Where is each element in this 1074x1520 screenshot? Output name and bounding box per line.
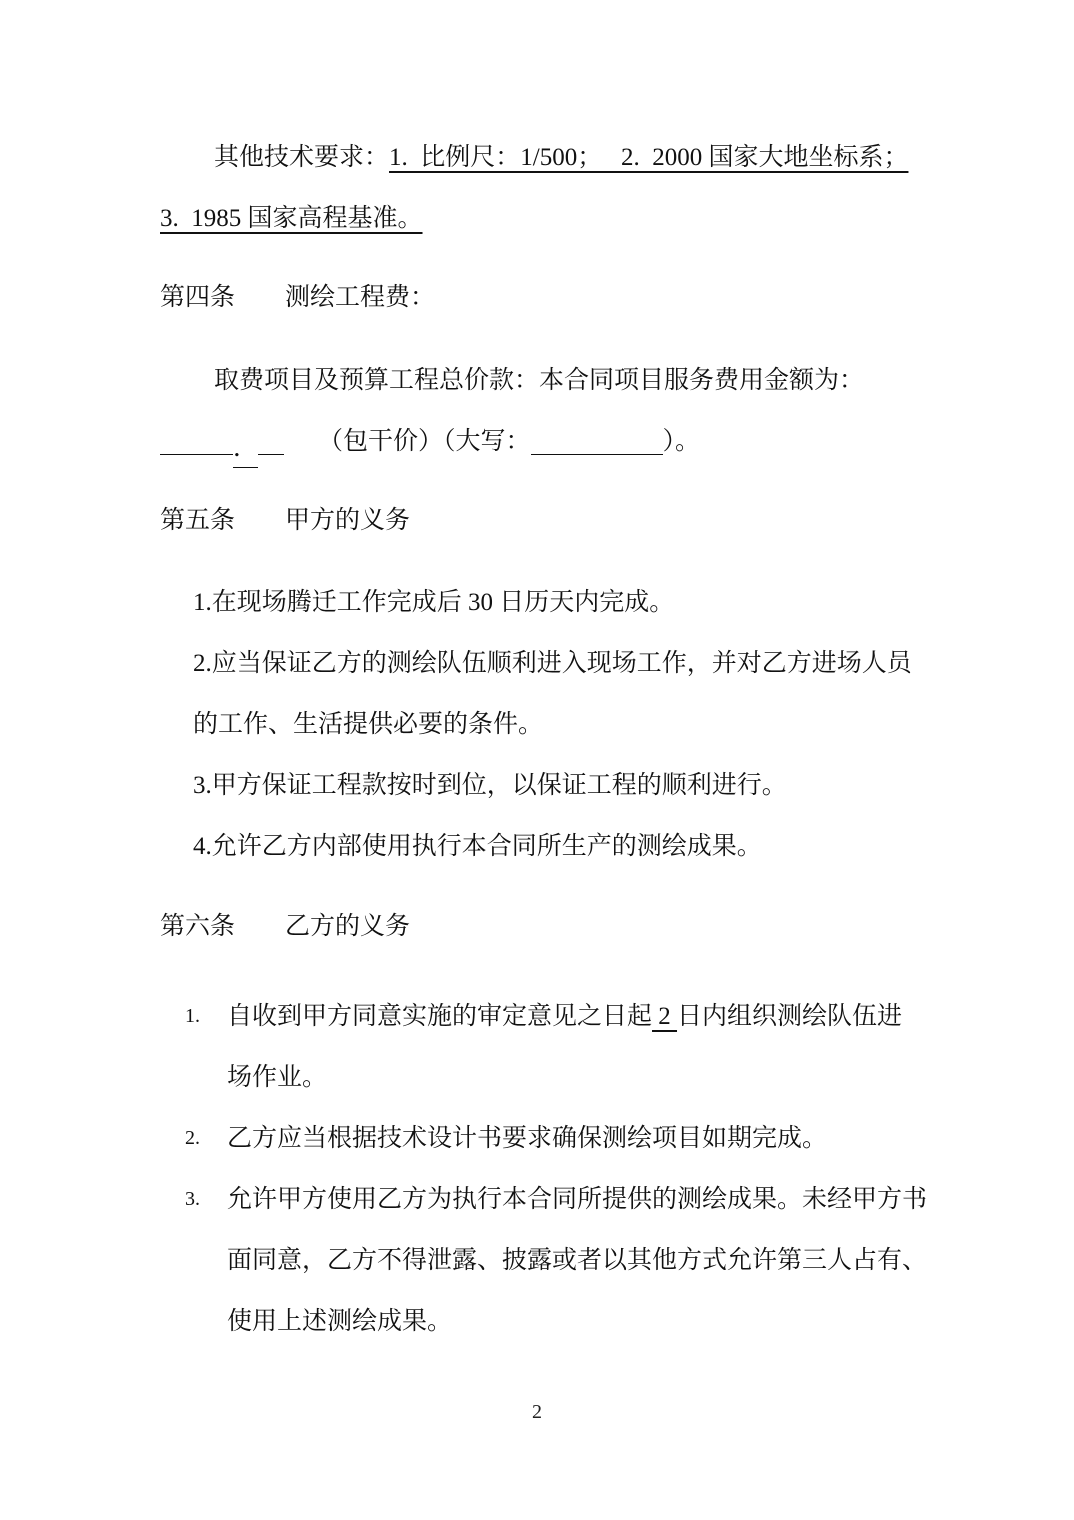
article-4-heading: 第四条测绘工程费： [160,267,935,328]
fee-decimal-blank [258,444,284,455]
article-5-item-4: 4.允许乙方内部使用执行本合同所生产的测绘成果。 [160,816,935,877]
article-6-item-3-number: 3. [185,1169,200,1230]
fee-amount-blank [160,444,233,455]
fee-words-blank [531,444,663,455]
article-5-title: 甲方的义务 [285,507,410,534]
article-5-number: 第五条 [160,507,235,534]
page-number: 2 [0,1400,1074,1424]
article-6-item-1-filled-value: 2 [652,1003,677,1030]
article-6-item-3: 3. 允许甲方使用乙方为执行本合同所提供的测绘成果。未经甲方书 面同意，乙方不得… [160,1169,935,1352]
tech-requirements-paragraph: 其他技术要求：1. 比例尺：1/500； 2. 2000 国家大地坐标系； 3.… [160,127,935,249]
fee-close: ）。 [663,428,701,455]
article-6-item-1-line1-pre: 自收到甲方同意实施的审定意见之日起 [227,1003,652,1030]
fee-blank-line: ．（包干价）（大写：）。 [160,411,935,472]
article-4-body-line: 取费项目及预算工程总价款：本合同项目服务费用金额为： [160,350,935,411]
article-4-title: 测绘工程费： [285,284,435,311]
tech-requirements-value-line2: 3. 1985 国家高程基准。 [160,205,423,232]
article-5-item-2-line2: 的工作、生活提供必要的条件。 [193,711,543,738]
article-6-item-2-line1: 乙方应当根据技术设计书要求确保测绘项目如期完成。 [227,1125,827,1152]
article-5-heading: 第五条甲方的义务 [160,490,935,551]
article-6-item-3-line2: 面同意，乙方不得泄露、披露或者以其他方式允许第三人占有、 [227,1247,927,1274]
article-6-title: 乙方的义务 [285,913,410,940]
fee-decimal-point: ． [233,431,258,468]
fee-label: （包干价）（大写： [318,428,531,455]
article-6-item-1-line2: 场作业。 [227,1064,327,1091]
article-4-number: 第四条 [160,284,235,311]
article-6-item-3-line1: 允许甲方使用乙方为执行本合同所提供的测绘成果。未经甲方书 [227,1186,927,1213]
article-5-item-2: 2.应当保证乙方的测绘队伍顺利进入现场工作，并对乙方进场人员 的工作、生活提供必… [160,633,935,755]
article-5-item-1: 1.在现场腾迁工作完成后 30 日历天内完成。 [160,572,935,633]
document-page: 其他技术要求：1. 比例尺：1/500； 2. 2000 国家大地坐标系； 3.… [0,0,1074,1520]
article-6-heading: 第六条乙方的义务 [160,896,935,957]
article-5-item-3: 3.甲方保证工程款按时到位，以保证工程的顺利进行。 [160,755,935,816]
article-6-item-1-line1-post: 日内组织测绘队伍进 [677,1003,902,1030]
article-6-item-1: 1. 自收到甲方同意实施的审定意见之日起 2 日内组织测绘队伍进 场作业。 [160,986,935,1108]
article-6-item-1-number: 1. [185,986,200,1047]
article-6-item-2-number: 2. [185,1108,200,1169]
article-6-item-2: 2. 乙方应当根据技术设计书要求确保测绘项目如期完成。 [160,1108,935,1169]
article-5-item-2-line1: 2.应当保证乙方的测绘队伍顺利进入现场工作，并对乙方进场人员 [193,650,912,677]
tech-requirements-value-line1: 1. 比例尺：1/500； 2. 2000 国家大地坐标系； [389,144,908,171]
article-6-number: 第六条 [160,913,235,940]
article-6-item-3-line3: 使用上述测绘成果。 [227,1308,452,1335]
tech-requirements-label: 其他技术要求： [214,144,389,171]
